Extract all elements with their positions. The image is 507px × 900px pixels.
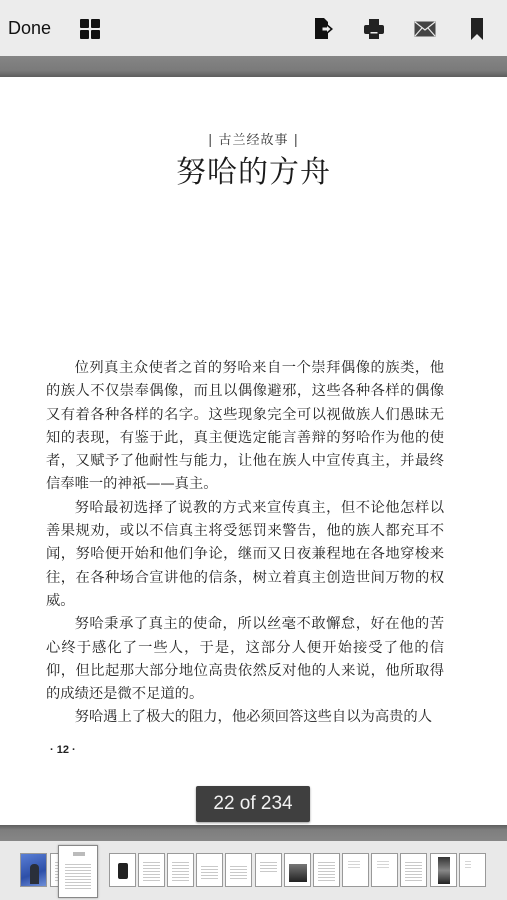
text-lines [260,860,277,872]
thumbnail-page[interactable] [459,853,486,887]
thumbnail-strip[interactable] [0,841,507,900]
thumbnail-page[interactable] [138,853,165,887]
title-mark [73,852,85,856]
page-title: 努哈的方舟 [0,147,507,191]
photo [438,857,450,884]
thumbnail-page[interactable] [371,853,398,887]
mail-icon[interactable] [413,17,437,41]
photo [289,864,307,882]
thumbnail-page[interactable] [225,853,252,887]
thumbnail-page[interactable] [196,853,223,887]
export-icon[interactable] [311,17,335,41]
document-page[interactable]: | 古兰经故事 | 努哈的方舟 位列真主众使者之首的努哈来自一个崇拜偶像的族类，… [0,77,507,825]
body-text: 位列真主众使者之首的努哈来自一个崇拜偶像的族类，他的族人不仅崇奉偶像，而且以偶像… [46,357,444,730]
text-lines [143,860,160,881]
photo [118,863,128,879]
toolbar: Done [0,0,507,56]
page-subtitle: | 古兰经故事 | [0,129,507,148]
done-button[interactable]: Done [8,18,51,39]
thumbnail-page[interactable] [255,853,282,887]
thumbnail-page[interactable] [342,853,369,887]
text-lines [465,859,471,869]
text-lines [201,864,218,881]
paragraph: 位列真主众使者之首的努哈来自一个崇拜偶像的族类，他的族人不仅崇奉偶像，而且以偶像… [46,357,444,497]
toolbar-shadow-band [0,56,507,77]
text-lines [348,859,360,869]
print-icon[interactable] [362,17,386,41]
page-indicator: 22 of 234 [196,786,310,822]
thumbnail-page[interactable] [313,853,340,887]
grid-icon[interactable] [78,17,102,41]
paragraph: 努哈最初选择了说教的方式来宣传真主，但不论他怎样以善果规劝，或以不信真主将受惩罚… [46,497,444,613]
thumbnail-page-selected[interactable] [58,845,98,898]
text-lines [405,860,422,881]
paragraph: 努哈秉承了真主的使命，所以丝毫不敢懈怠，好在他的苦心终于感化了一些人，于是，这部… [46,613,444,706]
text-lines [172,860,189,881]
cover-image [21,854,46,886]
text-lines [65,862,91,889]
thumbnail-page[interactable] [284,853,311,887]
text-lines [377,859,389,869]
thumbnail-page[interactable] [430,853,457,887]
thumbnail-shadow-band [0,825,507,841]
thumbnail-page[interactable] [400,853,427,887]
thumbnail-page[interactable] [167,853,194,887]
bookmark-icon[interactable] [465,17,489,41]
paragraph: 努哈遇上了极大的阻力，他必须回答这些自以为高贵的人 [46,706,444,729]
text-lines [318,860,335,881]
thumbnail-page[interactable] [20,853,47,887]
thumbnail-page[interactable] [109,853,136,887]
page-number: · 12 · [50,744,76,756]
text-lines [230,864,247,881]
